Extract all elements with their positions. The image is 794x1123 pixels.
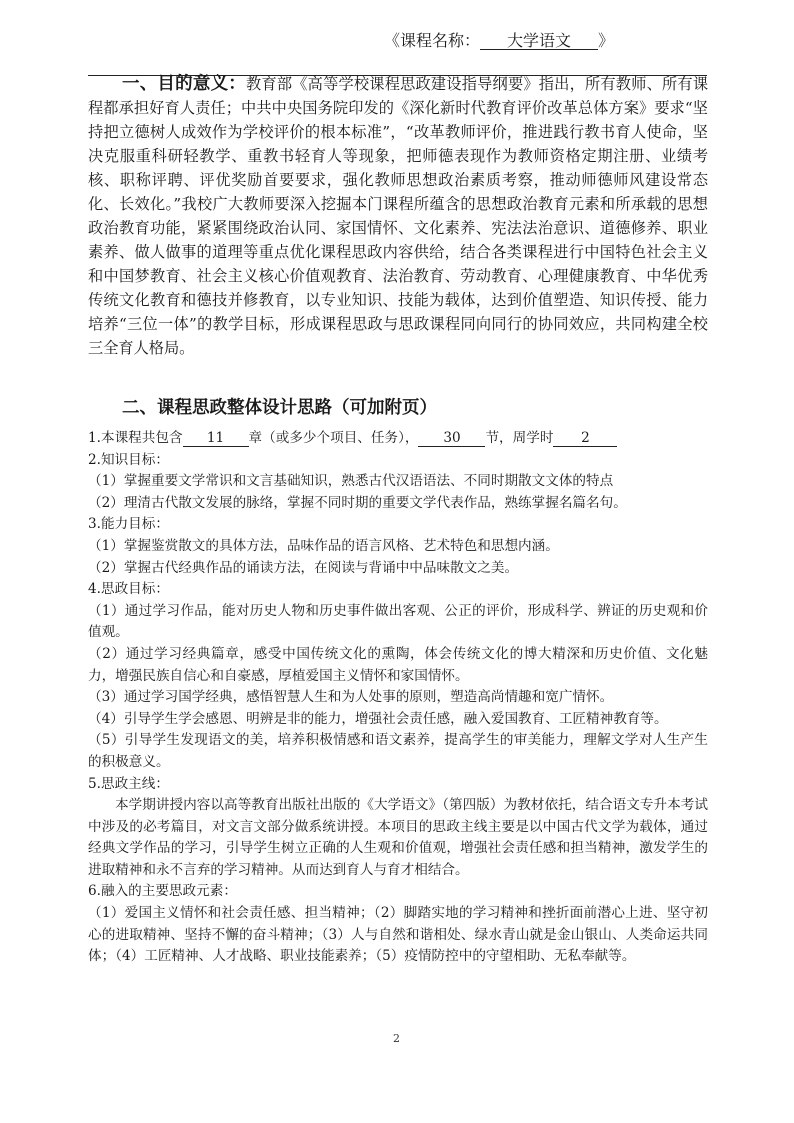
- document-page: 《课程名称：大学语文》 一、目的意义：教育部《高等学校课程思政建设指导纲要》指出…: [0, 0, 794, 1123]
- course-header: 《课程名称：大学语文》: [384, 31, 614, 51]
- chapter-count: 11: [183, 430, 249, 447]
- section-purpose: 一、目的意义：教育部《高等学校课程思政建设指导纲要》指出，所有教师、所有课程都承…: [88, 72, 708, 360]
- session-count: 30: [418, 430, 485, 447]
- ability-goal-item: （1）掌握鉴赏散文的具体方法，品味作品的语言风格、艺术特色和思想内涵。: [88, 536, 708, 558]
- mainline-body: 本学期讲授内容以高等教育出版社出版的《大学语文》（第四版）为教材依托，结合语文专…: [88, 795, 708, 881]
- section-design-heading: 二、课程思政整体设计思路（可加附页）: [122, 396, 437, 420]
- ideology-goal-item: （1）通过学习作品，能对历史人物和历史事件做出客观、公正的评价，形成科学、辨证的…: [88, 601, 708, 644]
- knowledge-goals-title: 2.知识目标：: [88, 450, 708, 472]
- page-number: 2: [393, 1032, 400, 1045]
- course-header-suffix: 》: [598, 31, 614, 50]
- course-header-prefix: 《课程名称：: [384, 31, 480, 50]
- course-structure-prefix: 1.本课程共包含: [88, 430, 183, 446]
- course-structure-line: 1.本课程共包含11章（或多少个项目、任务），30节，周学时2: [88, 428, 708, 450]
- section-purpose-heading: 一、目的意义：: [88, 74, 246, 94]
- ideology-goal-item: （2）通过学习经典篇章，感受中国传统文化的熏陶，体会传统文化的博大精深和历史价值…: [88, 644, 708, 687]
- course-structure-mid1: 章（或多少个项目、任务），: [249, 430, 419, 446]
- elements-body: （1）爱国主义情怀和社会责任感、担当精神；（2）脚踏实地的学习精神和挫折面前潜心…: [88, 903, 708, 968]
- section-purpose-body: 教育部《高等学校课程思政建设指导纲要》指出，所有教师、所有课程都承担好育人责任；…: [88, 75, 708, 357]
- knowledge-goal-item: （2）理清古代散文发展的脉络，掌握不同时期的重要文学代表作品，熟练掌握名篇名句。: [88, 493, 708, 515]
- ability-goal-item: （2）掌握古代经典作品的诵读方法，在阅读与背诵中中品味散文之美。: [88, 558, 708, 580]
- weekly-hours: 2: [553, 430, 617, 447]
- ideology-goal-item: （3）通过学习国学经典，感悟智慧人生和为人处事的原则，塑造高尚情趣和宽广情怀。: [88, 687, 708, 709]
- knowledge-goal-item: （1）掌握重要文学常识和文言基础知识，熟悉古代汉语语法、不同时期散文文体的特点: [88, 471, 708, 493]
- mainline-title: 5.思政主线：: [88, 774, 708, 796]
- ideology-goal-item: （5）引导学生发现语文的美，培养积极情感和语文素养，提高学生的审美能力，理解文学…: [88, 730, 708, 773]
- ideology-goal-item: （4）引导学生学会感恩、明辨是非的能力，增强社会责任感，融入爱国教育、工匠精神教…: [88, 709, 708, 731]
- ideology-goals-title: 4.思政目标：: [88, 579, 708, 601]
- section-design: 1.本课程共包含11章（或多少个项目、任务），30节，周学时2 2.知识目标： …: [88, 428, 708, 968]
- elements-title: 6.融入的主要思政元素：: [88, 881, 708, 903]
- course-name: 大学语文: [480, 32, 598, 50]
- course-structure-mid2: 节，周学时: [485, 430, 553, 446]
- ability-goals-title: 3.能力目标：: [88, 514, 708, 536]
